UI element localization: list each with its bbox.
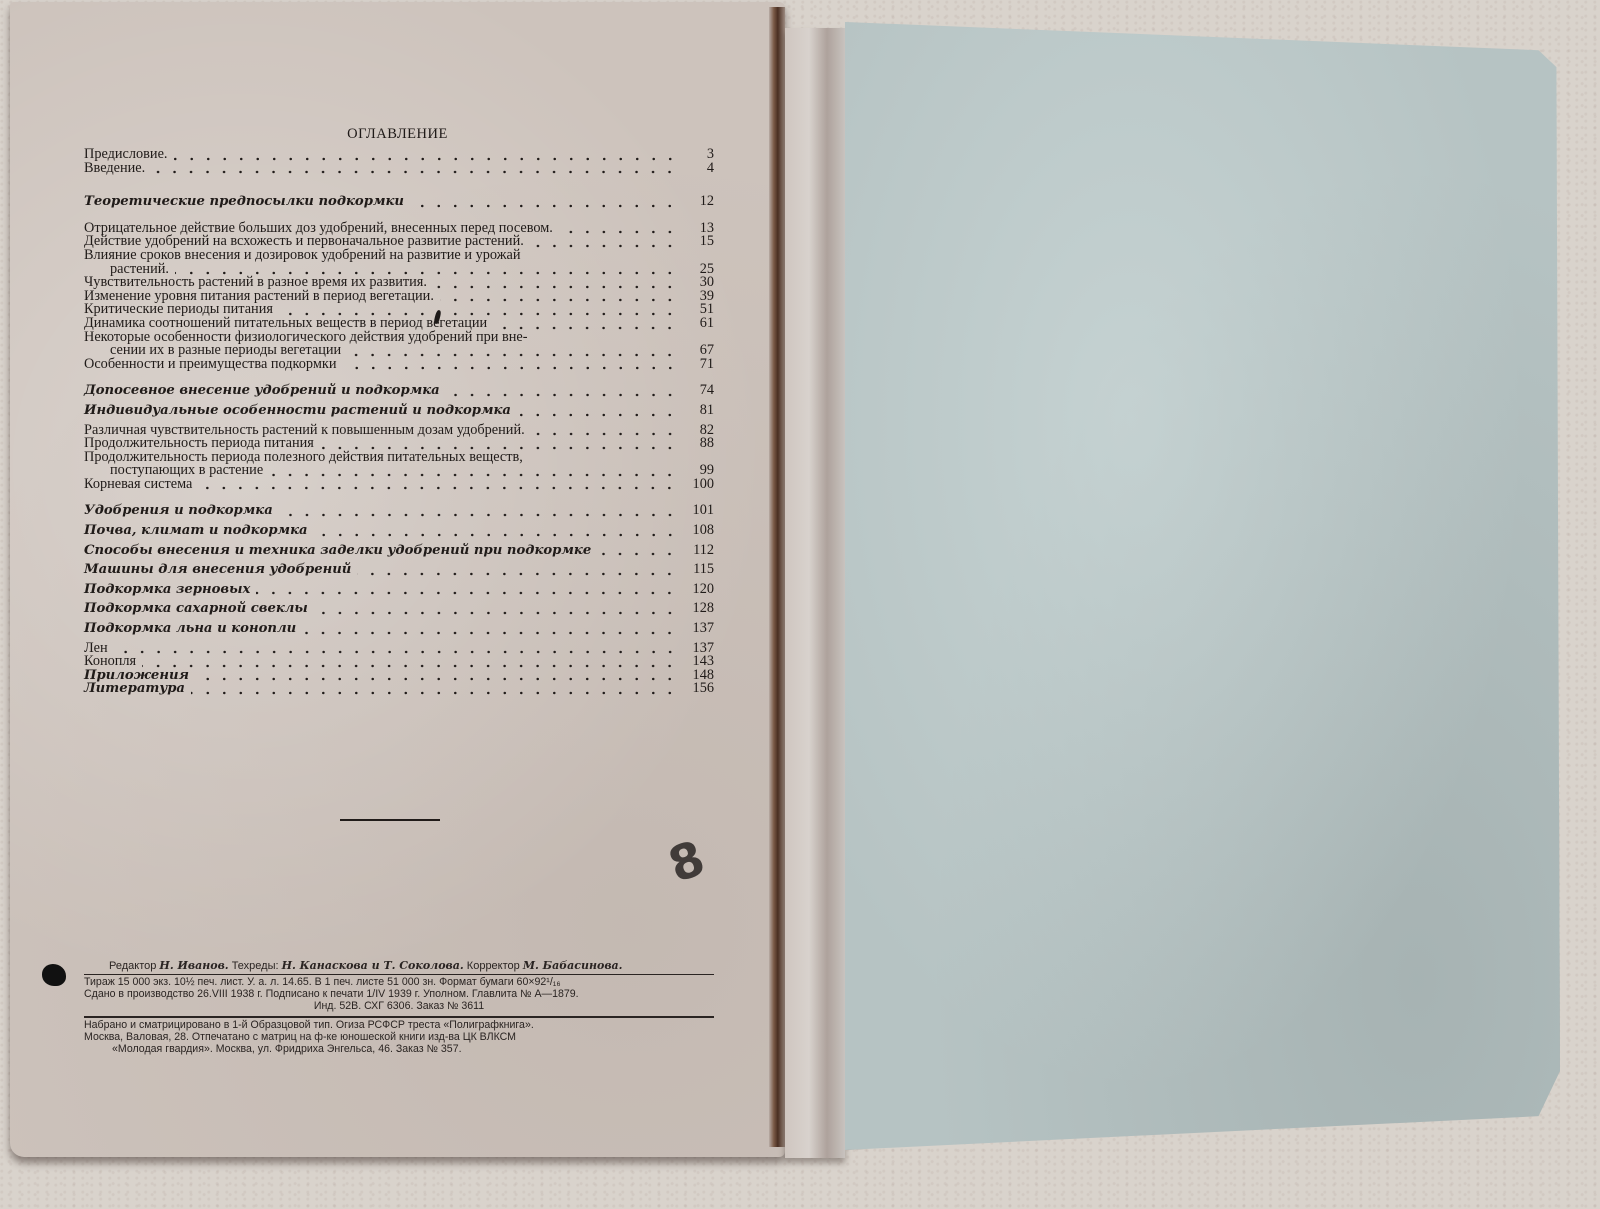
toc-entry: Приложения148: [84, 669, 714, 683]
toc-entry-label: Влияние сроков внесения и дозировок удоб…: [84, 249, 684, 263]
toc-entry-page-number: 61: [684, 317, 714, 331]
toc-entry: Предисловие.3: [84, 148, 714, 162]
toc-entry-page-number: 71: [684, 358, 714, 372]
leader-dots: [279, 508, 678, 518]
leader-dots: [597, 547, 678, 557]
tech-editors-label: Техреды:: [232, 960, 279, 972]
leader-dots: [559, 225, 678, 235]
toc-entry: Особенности и преимущества подкормки71: [84, 358, 714, 372]
leader-dots: [517, 408, 678, 418]
leader-dots: [440, 293, 678, 303]
toc-entry-page-number: 120: [684, 583, 714, 597]
leader-dots: [357, 567, 678, 577]
imprint-index: Инд. 52В. СХГ 6306. Заказ № 3611: [84, 1000, 714, 1012]
toc-entry-page-number: 100: [684, 478, 714, 492]
imprint-printer-1: Набрано и сматрицировано в 1-й Образцово…: [84, 1019, 714, 1031]
toc-entry-label: Корневая система: [84, 478, 192, 492]
editor-label: Редактор: [109, 960, 156, 972]
toc-entry-label: Приложения: [84, 669, 189, 683]
leader-dots: [256, 586, 678, 596]
toc-entry-label: Индивидуальные особенности растений и по…: [84, 404, 511, 418]
toc-entry: Корневая система100: [84, 478, 714, 492]
table-of-contents: Предисловие.3Введение.4Теоретические пре…: [84, 148, 714, 696]
toc-entry-label: Допосевное внесение удобрений и подкормк…: [84, 384, 440, 398]
toc-entry: Почва, климат и подкормка108: [84, 524, 714, 538]
leader-dots: [142, 659, 678, 669]
toc-entry-label: Подкормка сахарной свеклы: [84, 602, 308, 616]
toc-entry-page-number: 137: [684, 622, 714, 636]
imprint-dates: Сдано в производство 26.VIII 1938 г. Под…: [84, 988, 714, 1000]
leader-dots: [191, 686, 678, 696]
imprint-editors: Редактор Н. Иванов. Техреды: Н. Канасков…: [84, 960, 714, 972]
corrector-name: М. Бабасинова.: [523, 959, 623, 972]
toc-entry-label: Подкормка зерновых: [84, 583, 250, 597]
toc-entry-page-number: 128: [684, 602, 714, 616]
leader-dots: [531, 427, 678, 437]
library-stamp: 8: [661, 830, 712, 894]
toc-entry-page-number: 88: [684, 437, 714, 451]
editor-name: Н. Иванов.: [159, 959, 228, 972]
toc-entry-page-number: 115: [684, 563, 714, 577]
toc-entry: Влияние сроков внесения и дозировок удоб…: [84, 249, 714, 276]
leader-dots: [198, 481, 678, 491]
leader-dots: [314, 528, 678, 538]
toc-entry-page-number: 74: [684, 384, 714, 398]
imprint-block: Редактор Н. Иванов. Техреды: Н. Канасков…: [84, 960, 714, 1055]
imprint-print-run: Тираж 15 000 экз. 10½ печ. лист. У. а. л…: [84, 976, 714, 988]
toc-entry-page-number: 112: [684, 544, 714, 558]
leader-dots: [302, 626, 678, 636]
toc-entry: Продолжительность периода полезного дейс…: [84, 451, 714, 478]
toc-title: ОГЛАВЛЕНИЕ: [10, 126, 785, 143]
toc-entry: Допосевное внесение удобрений и подкормк…: [84, 384, 714, 398]
page-edge: [769, 7, 785, 1147]
toc-entry-page-number: 156: [684, 682, 714, 696]
toc-entry: Лен137: [84, 642, 714, 656]
toc-entry-label: Подкормка льна и конопли: [84, 622, 296, 636]
toc-entry-label: Теоретические предпосылки подкормки: [84, 195, 404, 209]
imprint-printer-2: Москва, Валовая, 28. Отпечатано с матриц…: [84, 1031, 714, 1043]
leader-dots: [343, 361, 679, 371]
toc-entry-label: Машины для внесения удобрений: [84, 563, 351, 577]
toc-entry-page-number: 15: [684, 235, 714, 249]
toc-entry: Машины для внесения удобрений115: [84, 563, 714, 577]
toc-entry: Подкормка зерновых120: [84, 583, 714, 597]
toc-entry: Введение.4: [84, 162, 714, 176]
leader-dots: [174, 152, 678, 162]
toc-entry: Подкормка сахарной свеклы128: [84, 602, 714, 616]
end-rule: [340, 819, 440, 821]
ink-blot: [42, 964, 66, 986]
toc-entry: Подкормка льна и конопли137: [84, 622, 714, 636]
leader-dots: [114, 645, 678, 655]
leader-dots: [446, 388, 678, 398]
leader-dots: [195, 672, 678, 682]
toc-entry-page-number: 4: [684, 162, 714, 176]
toc-entry: Удобрения и подкормка101: [84, 504, 714, 518]
toc-entry: Конопля143: [84, 655, 714, 669]
toc-entry-page-number: 101: [684, 504, 714, 518]
toc-entry-page-number: 108: [684, 524, 714, 538]
toc-entry-label: Удобрения и подкормка: [84, 504, 273, 518]
toc-entry: Некоторые особенности физиологического д…: [84, 331, 714, 358]
imprint-divider: [84, 1016, 714, 1017]
toc-entry: Литература156: [84, 682, 714, 696]
book-left-page: ОГЛАВЛЕНИЕ Предисловие.3Введение.4Теорет…: [10, 2, 785, 1157]
leader-dots: [530, 239, 678, 249]
toc-entry-page-number: 12: [684, 195, 714, 209]
leader-dots: [151, 165, 678, 175]
leader-dots: [314, 606, 678, 616]
toc-entry-label: Почва, климат и подкормка: [84, 524, 308, 538]
toc-entry-label: Особенности и преимущества подкормки: [84, 358, 337, 372]
leader-dots: [410, 199, 678, 209]
book-back-cover: [845, 22, 1560, 1150]
toc-entry-label: Введение.: [84, 162, 145, 176]
toc-entry: Теоретические предпосылки подкормки12: [84, 195, 714, 209]
imprint-printer-3: «Молодая гвардия». Москва, ул. Фридриха …: [84, 1043, 714, 1055]
book-spine: [785, 28, 845, 1158]
leader-dots: [347, 348, 678, 358]
toc-entry: Способы внесения и техника заделки удобр…: [84, 544, 714, 558]
toc-entry-label: Конопля: [84, 655, 136, 669]
leader-dots: [269, 468, 678, 478]
leader-dots: [433, 280, 678, 290]
corrector-label: Корректор: [467, 960, 520, 972]
imprint-divider: [84, 974, 714, 975]
toc-entry-label: Литература: [84, 682, 185, 696]
toc-entry-label: Способы внесения и техника заделки удобр…: [84, 544, 591, 558]
toc-entry: Индивидуальные особенности растений и по…: [84, 404, 714, 418]
tech-editors-names: Н. Канаскова и Т. Соколова.: [282, 959, 464, 972]
toc-entry-page-number: 81: [684, 404, 714, 418]
